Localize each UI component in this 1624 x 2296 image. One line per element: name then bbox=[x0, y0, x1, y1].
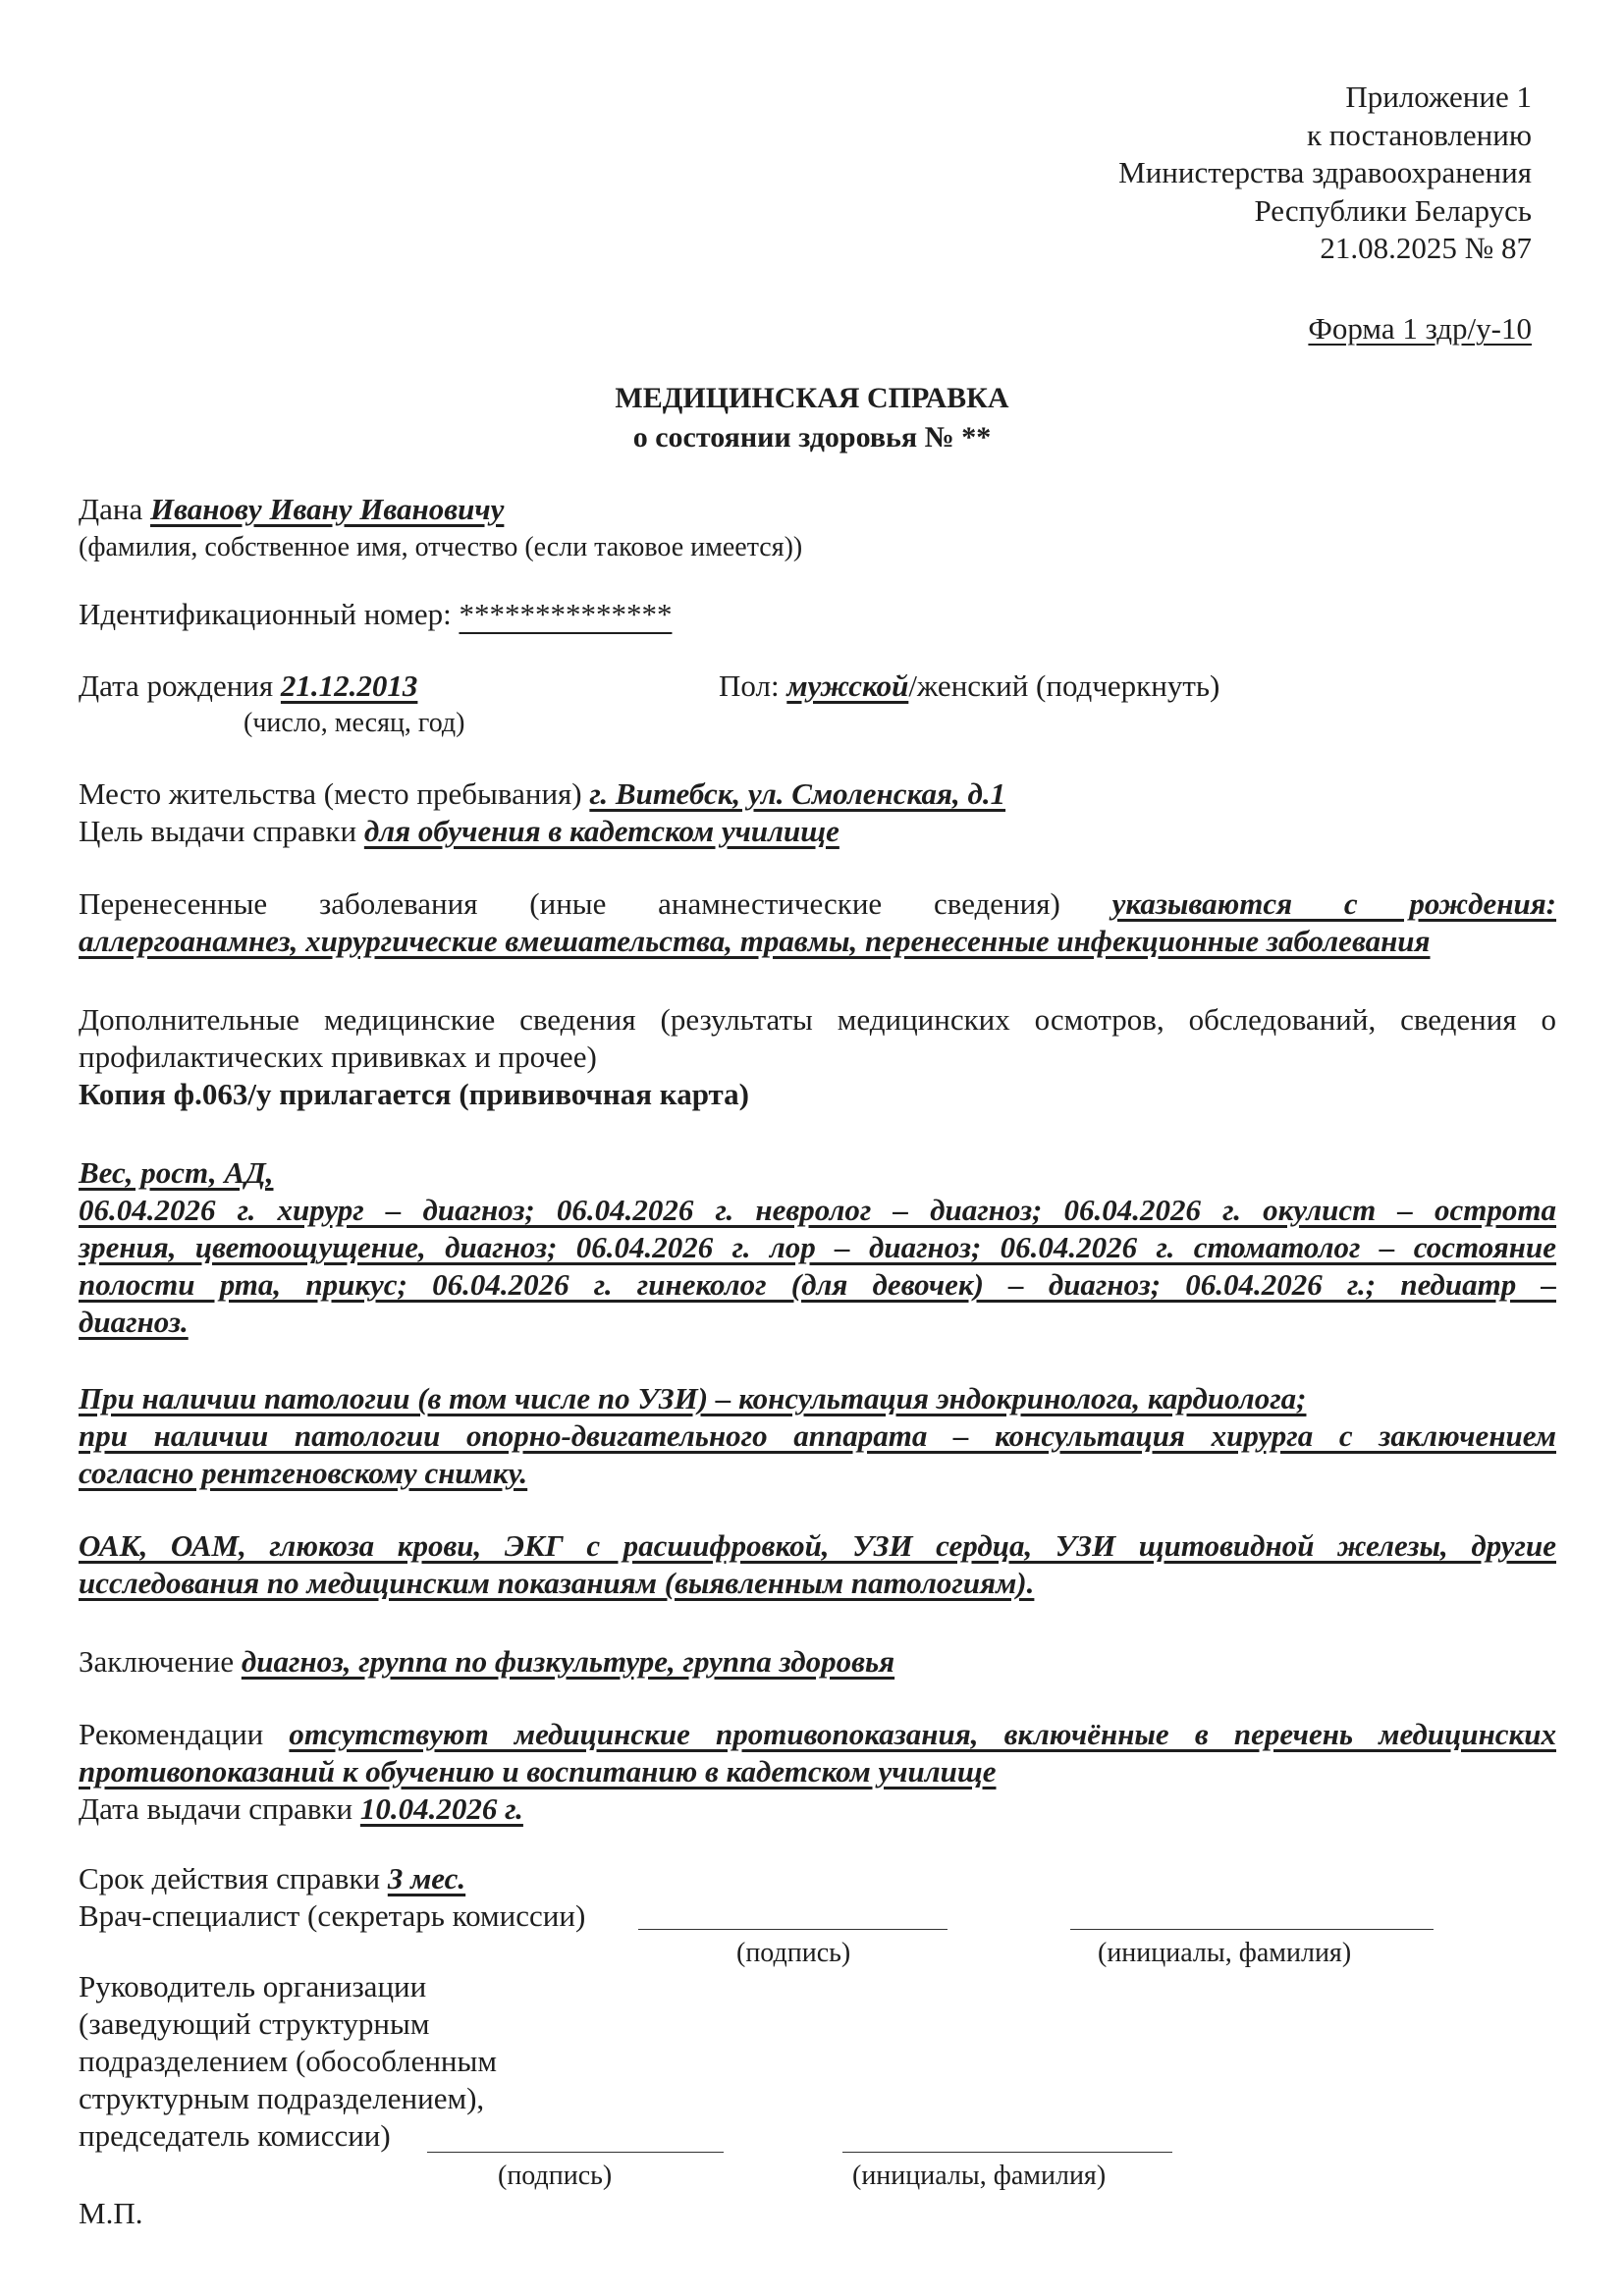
pathology-line-wrap: согласно рентгеновскому снимку. bbox=[79, 1455, 1556, 1492]
past-diseases-block: Перенесенные заболевания (иные анамнести… bbox=[79, 885, 1556, 960]
validity-row: Срок действия справки 3 мес. bbox=[79, 1860, 465, 1897]
conclusion-row: Заключение диагноз, группа по физкультур… bbox=[79, 1643, 894, 1681]
vitals: Вес, рост, АД, bbox=[79, 1154, 273, 1192]
purpose-label: Цель выдачи справки bbox=[79, 814, 356, 848]
sex-options-rest: /женский (подчеркнуть) bbox=[908, 668, 1219, 703]
residence-value: г. Витебск, ул. Смоленская, д.1 bbox=[589, 776, 1005, 811]
exams-block: 06.04.2026 г. хирург – диагноз; 06.04.20… bbox=[79, 1192, 1556, 1341]
pathology-line: согласно рентгеновскому снимку. bbox=[79, 1456, 527, 1490]
pathology-line-wrap: При наличии патологии (в том числе по УЗ… bbox=[79, 1380, 1556, 1417]
conclusion-label: Заключение bbox=[79, 1644, 234, 1679]
stamp-place: М.П. bbox=[79, 2195, 142, 2232]
recommendations-block: Рекомендации отсутствуют медицинские про… bbox=[79, 1716, 1556, 1790]
issue-date-label: Дата выдачи справки bbox=[79, 1791, 352, 1826]
appendix-line: Приложение 1 bbox=[1118, 79, 1532, 117]
doctor-signature-label: Врач-специалист (секретарь комиссии) bbox=[79, 1898, 585, 1933]
head-signature-field[interactable] bbox=[427, 2122, 724, 2153]
tests-line: ОАК, ОАМ, глюкоза крови, ЭКГ с расшифров… bbox=[79, 1527, 1556, 1565]
document-title: МЕДИЦИНСКАЯ СПРАВКА bbox=[0, 380, 1624, 417]
id-number-value: ************** bbox=[459, 597, 672, 631]
recommendations-line-2: противопоказаний к обучению и воспитанию… bbox=[79, 1753, 1556, 1790]
past-diseases-label: Перенесенные заболевания (иные анамнести… bbox=[79, 886, 1060, 921]
residence-label: Место жительства (место пребывания) bbox=[79, 776, 582, 811]
additional-info-label-line-2: профилактических прививках и прочее) bbox=[79, 1039, 1556, 1076]
purpose-row: Цель выдачи справки для обучения в кадет… bbox=[79, 813, 839, 850]
appendix-line: 21.08.2025 № 87 bbox=[1118, 230, 1532, 268]
recommendations-value-2: противопоказаний к обучению и воспитанию… bbox=[79, 1754, 997, 1789]
head-signature-label-line: (заведующий структурным bbox=[79, 2005, 497, 2043]
birth-date-value: 21.12.2013 bbox=[281, 668, 418, 703]
additional-info-label-line-1: Дополнительные медицинские сведения (рез… bbox=[79, 1001, 1556, 1039]
head-signature-label-line: подразделением (обособленным bbox=[79, 2043, 497, 2080]
birth-date-hint: (число, месяц, год) bbox=[244, 705, 464, 742]
past-diseases-line-2: аллергоанамнез, хирургические вмешательс… bbox=[79, 923, 1556, 960]
exams-line: диагноз. bbox=[79, 1305, 189, 1339]
sex-selected-value: мужской bbox=[786, 668, 908, 703]
pathology-line: при наличии патологии опорно-двигательно… bbox=[79, 1417, 1556, 1455]
appendix-line: Министерства здравоохранения bbox=[1118, 154, 1532, 192]
issue-date-row: Дата выдачи справки 10.04.2026 г. bbox=[79, 1790, 523, 1828]
id-number-label: Идентификационный номер: bbox=[79, 597, 452, 631]
additional-info-label: Дополнительные медицинские сведения (рез… bbox=[79, 1001, 1556, 1076]
issued-to-label: Дана bbox=[79, 492, 142, 526]
vaccination-note: Копия ф.063/у прилагается (прививочная к… bbox=[79, 1076, 749, 1113]
past-diseases-value-2: аллергоанамнез, хирургические вмешательс… bbox=[79, 924, 1431, 958]
pathology-line: При наличии патологии (в том числе по УЗ… bbox=[79, 1381, 1306, 1415]
appendix-line: Республики Беларусь bbox=[1118, 192, 1532, 231]
recommendations-line-1: Рекомендации отсутствуют медицинские про… bbox=[79, 1716, 1556, 1753]
validity-value: 3 мес. bbox=[388, 1861, 465, 1896]
medical-certificate-page: Приложение 1 к постановлению Министерств… bbox=[0, 0, 1624, 2296]
past-diseases-value-1: указываются с рождения: bbox=[1112, 886, 1556, 921]
birth-date-row: Дата рождения 21.12.2013 bbox=[79, 667, 417, 705]
doctor-signature-row: Врач-специалист (секретарь комиссии) bbox=[79, 1897, 585, 1935]
issue-date-value: 10.04.2026 г. bbox=[360, 1791, 523, 1826]
appendix-line: к постановлению bbox=[1118, 117, 1532, 155]
head-signature-hint: (подпись) bbox=[498, 2158, 612, 2195]
issued-to-hint: (фамилия, собственное имя, отчество (есл… bbox=[79, 529, 802, 566]
head-name-hint: (инициалы, фамилия) bbox=[852, 2158, 1106, 2195]
doctor-name-hint: (инициалы, фамилия) bbox=[1098, 1935, 1351, 1972]
conclusion-value: диагноз, группа по физкультуре, группа з… bbox=[242, 1644, 894, 1679]
head-signature-label-line: Руководитель организации bbox=[79, 1968, 497, 2005]
residence-row: Место жительства (место пребывания) г. В… bbox=[79, 775, 1005, 813]
exams-line-last-wrap: диагноз. bbox=[79, 1304, 1556, 1341]
past-diseases-line-1: Перенесенные заболевания (иные анамнести… bbox=[79, 885, 1556, 923]
form-code: Форма 1 здр/у-10 bbox=[1308, 310, 1532, 347]
doctor-signature-hint: (подпись) bbox=[736, 1935, 850, 1972]
issued-to-row: Дана Иванову Ивану Ивановичу bbox=[79, 491, 504, 528]
document-subtitle: о состоянии здоровья № ** bbox=[0, 419, 1624, 456]
sex-row: Пол: мужской/женский (подчеркнуть) bbox=[719, 667, 1219, 705]
doctor-signature-field[interactable] bbox=[638, 1899, 947, 1930]
sex-label: Пол: bbox=[719, 668, 780, 703]
recommendations-value-1: отсутствуют медицинские противопоказания… bbox=[289, 1717, 1556, 1751]
head-signature-label-line: структурным подразделением), bbox=[79, 2080, 497, 2117]
pathology-block: При наличии патологии (в том числе по УЗ… bbox=[79, 1380, 1556, 1492]
head-name-field[interactable] bbox=[842, 2122, 1172, 2153]
issued-to-value: Иванову Ивану Ивановичу bbox=[150, 492, 504, 526]
exams-line: зрения, цветоощущение, диагноз; 06.04.20… bbox=[79, 1229, 1556, 1266]
tests-line-wrap: исследования по медицинским показаниям (… bbox=[79, 1565, 1556, 1602]
birth-date-label: Дата рождения bbox=[79, 668, 273, 703]
id-number-row: Идентификационный номер: ************** bbox=[79, 596, 672, 633]
doctor-name-field[interactable] bbox=[1070, 1899, 1434, 1930]
exams-line: 06.04.2026 г. хирург – диагноз; 06.04.20… bbox=[79, 1192, 1556, 1229]
tests-line: исследования по медицинским показаниям (… bbox=[79, 1566, 1034, 1600]
recommendations-label: Рекомендации bbox=[79, 1717, 263, 1751]
validity-label: Срок действия справки bbox=[79, 1861, 380, 1896]
exams-line: полости рта, прикус; 06.04.2026 г. гинек… bbox=[79, 1266, 1556, 1304]
purpose-value: для обучения в кадетском училище bbox=[364, 814, 839, 848]
appendix-header: Приложение 1 к постановлению Министерств… bbox=[1118, 79, 1532, 268]
tests-block: ОАК, ОАМ, глюкоза крови, ЭКГ с расшифров… bbox=[79, 1527, 1556, 1602]
